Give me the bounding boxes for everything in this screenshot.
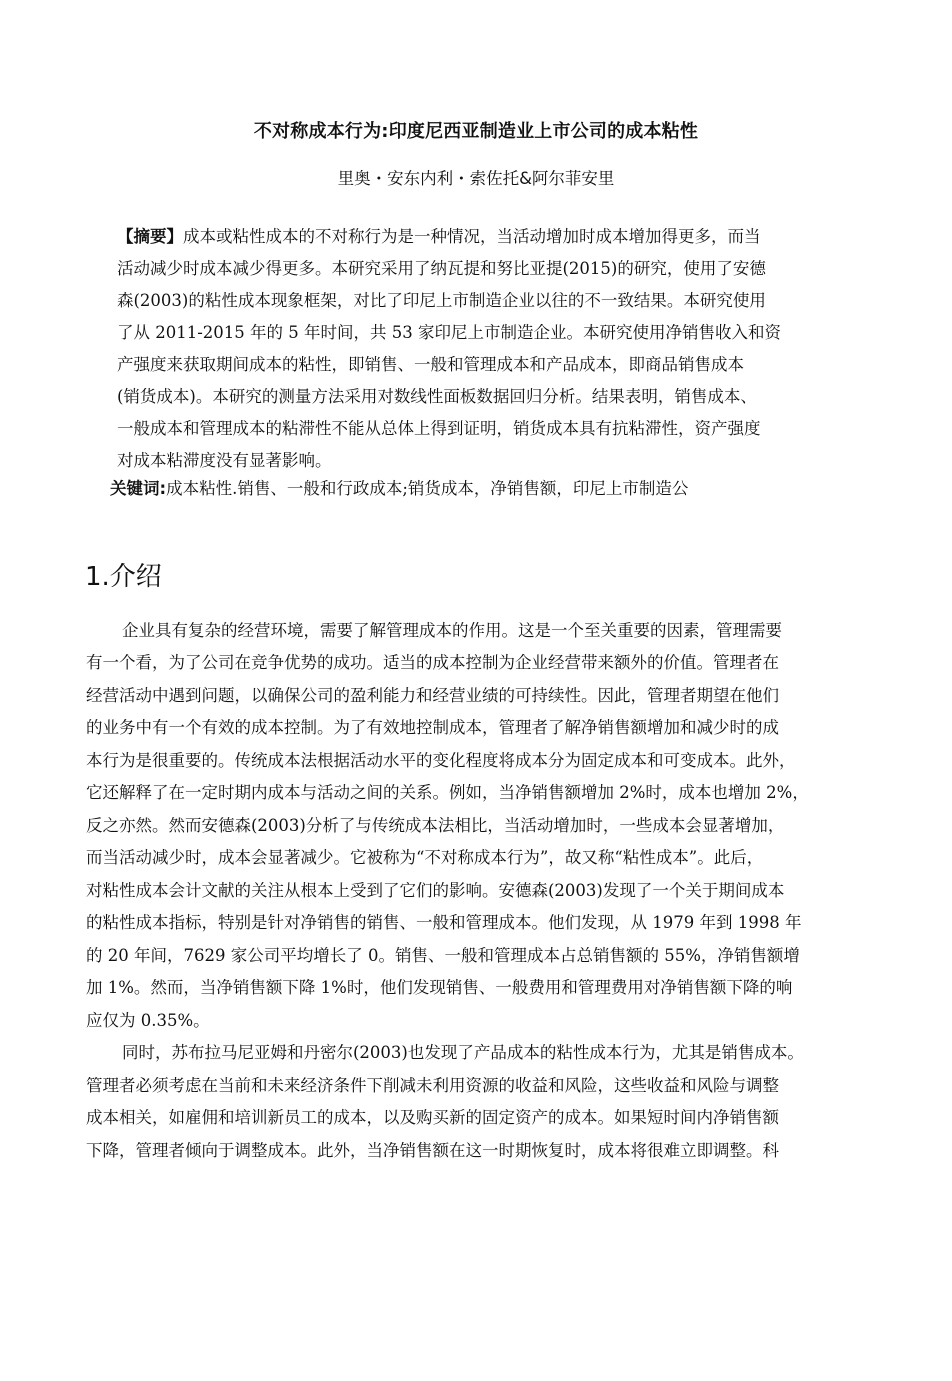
body-line: 加 1%。然而，当净销售额下降 1%时，他们发现销售、一般费用和管理费用对净销售… (86, 978, 792, 998)
body-line: 同时，苏布拉马尼亚姆和丹密尔(2003)也发现了产品成本的粘性成本行为，尤其是销… (122, 1043, 804, 1063)
keywords-text: 成本粘性.销售、一般和行政成本;销货成本，净销售额，印尼上市制造公 (166, 479, 688, 498)
body-line: 反之亦然。然而安德森(2003)分析了与传统成本法相比，当活动增加时，一些成本会… (86, 816, 784, 836)
body-line: 的业务中有一个有效的成本控制。为了有效地控制成本，管理者了解净销售额增加和减少时… (86, 718, 779, 738)
abstract-line: 了从 2011-2015 年的 5 年时间，共 53 家印尼上市制造企业。本研究… (117, 323, 781, 343)
abstract-line: (销货成本)。本研究的测量方法采用对数线性面板数据回归分析。结果表明，销售成本、 (117, 387, 757, 407)
body-line: 下降，管理者倾向于调整成本。此外，当净销售额在这一时期恢复时，成本将很难立即调整… (86, 1141, 779, 1161)
abstract-line: 一般成本和管理成本的粘滞性不能从总体上得到证明，销货成本具有抗粘滞性，资产强度 (117, 419, 761, 439)
abstract-line: 对成本粘滞度没有显著影响。 (117, 451, 332, 471)
body-line: 企业具有复杂的经营环境，需要了解管理成本的作用。这是一个至关重要的因素，管理需要 (122, 621, 782, 641)
keywords-label: 关键词: (110, 479, 166, 498)
body-line: 它还解释了在一定时期内成本与活动之间的关系。例如，当净销售额增加 2%时，成本也… (86, 783, 809, 803)
body-line: 应仅为 0.35%。 (86, 1011, 210, 1031)
body-line: 而当活动减少时，成本会显著减少。它被称为“不对称成本行为”，故又称“粘性成本”。… (86, 848, 763, 868)
paper-title: 不对称成本行为:印度尼西亚制造业上市公司的成本粘性 (0, 117, 952, 143)
abstract-line: 产强度来获取期间成本的粘性，即销售、一般和管理成本和产品成本，即商品销售成本 (117, 355, 744, 375)
abstract-label: 【摘要】 (117, 227, 183, 246)
body-line: 的粘性成本指标，特别是针对净销售的销售、一般和管理成本。他们发现，从 1979 … (86, 913, 801, 933)
body-line: 对粘性成本会计文献的关注从根本上受到了它们的影响。安德森(2003)发现了一个关… (86, 881, 784, 901)
body-line: 管理者必须考虑在当前和未来经济条件下削减未利用资源的收益和风险，这些收益和风险与… (86, 1076, 779, 1096)
body-line: 的 20 年间，7629 家公司平均增长了 0。销售、一般和管理成本占总销售额的… (86, 946, 800, 966)
abstract-line: 森(2003)的粘性成本现象框架，对比了印尼上市制造企业以往的不一致结果。本研究… (117, 291, 766, 311)
body-line: 本行为是很重要的。传统成本法根据活动水平的变化程度将成本分为固定成本和可变成本。… (86, 751, 796, 771)
section-heading: 1.介绍 (85, 561, 162, 593)
body-line: 经营活动中遇到问题，以确保公司的盈利能力和经营业绩的可持续性。因此，管理者期望在… (86, 686, 779, 706)
body-line: 有一个看，为了公司在竞争优势的成功。适当的成本控制为企业经营带来额外的价值。管理… (86, 653, 779, 673)
abstract-line: 活动减少时成本减少得更多。本研究采用了纳瓦提和努比亚提(2015)的研究，使用了… (117, 259, 766, 279)
body-line: 成本相关，如雇佣和培训新员工的成本，以及购买新的固定资产的成本。如果短时间内净销… (86, 1108, 779, 1128)
keywords: 关键词:成本粘性.销售、一般和行政成本;销货成本，净销售额，印尼上市制造公 (110, 479, 688, 499)
abstract-line: 【摘要】成本或粘性成本的不对称行为是一种情况，当活动增加时成本增加得更多，而当 (117, 227, 761, 247)
paper-authors: 里奥・安东内利・索佐托&阿尔菲安里 (0, 165, 952, 189)
